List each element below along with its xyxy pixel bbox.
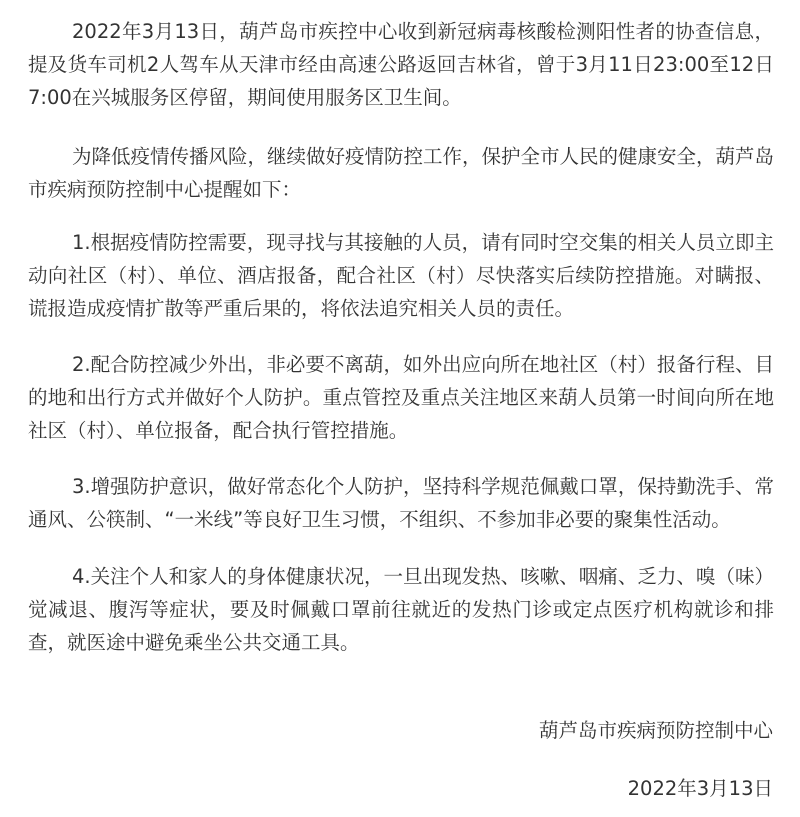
- item-3-paragraph: 3.增强防护意识，做好常态化个人防护，坚持科学规范佩戴口罩，保持勤洗手、常通风、…: [28, 470, 774, 536]
- signature-date: 2022年3月13日: [628, 772, 773, 805]
- item-2-paragraph: 2.配合防控减少外出，非必要不离葫，如外出应向所在地社区（村）报备行程、目的地和…: [28, 348, 774, 447]
- intro-paragraph: 2022年3月13日，葫芦岛市疾控中心收到新冠病毒核酸检测阳性者的协查信息，提及…: [28, 15, 774, 114]
- reminder-intro-paragraph: 为降低疫情传播风险，继续做好疫情防控工作，保护全市人民的健康安全，葫芦岛市疾病预…: [28, 140, 774, 206]
- signature-issuer: 葫芦岛市疾病预防控制中心: [539, 714, 773, 747]
- item-4-paragraph: 4.关注个人和家人的身体健康状况，一旦出现发热、咳嗽、咽痛、乏力、嗅（味）觉减退…: [28, 560, 774, 659]
- notice-document: 2022年3月13日，葫芦岛市疾控中心收到新冠病毒核酸检测阳性者的协查信息，提及…: [28, 15, 774, 659]
- item-1-paragraph: 1.根据疫情防控需要，现寻找与其接触的人员，请有同时空交集的相关人员立即主动向社…: [28, 226, 774, 325]
